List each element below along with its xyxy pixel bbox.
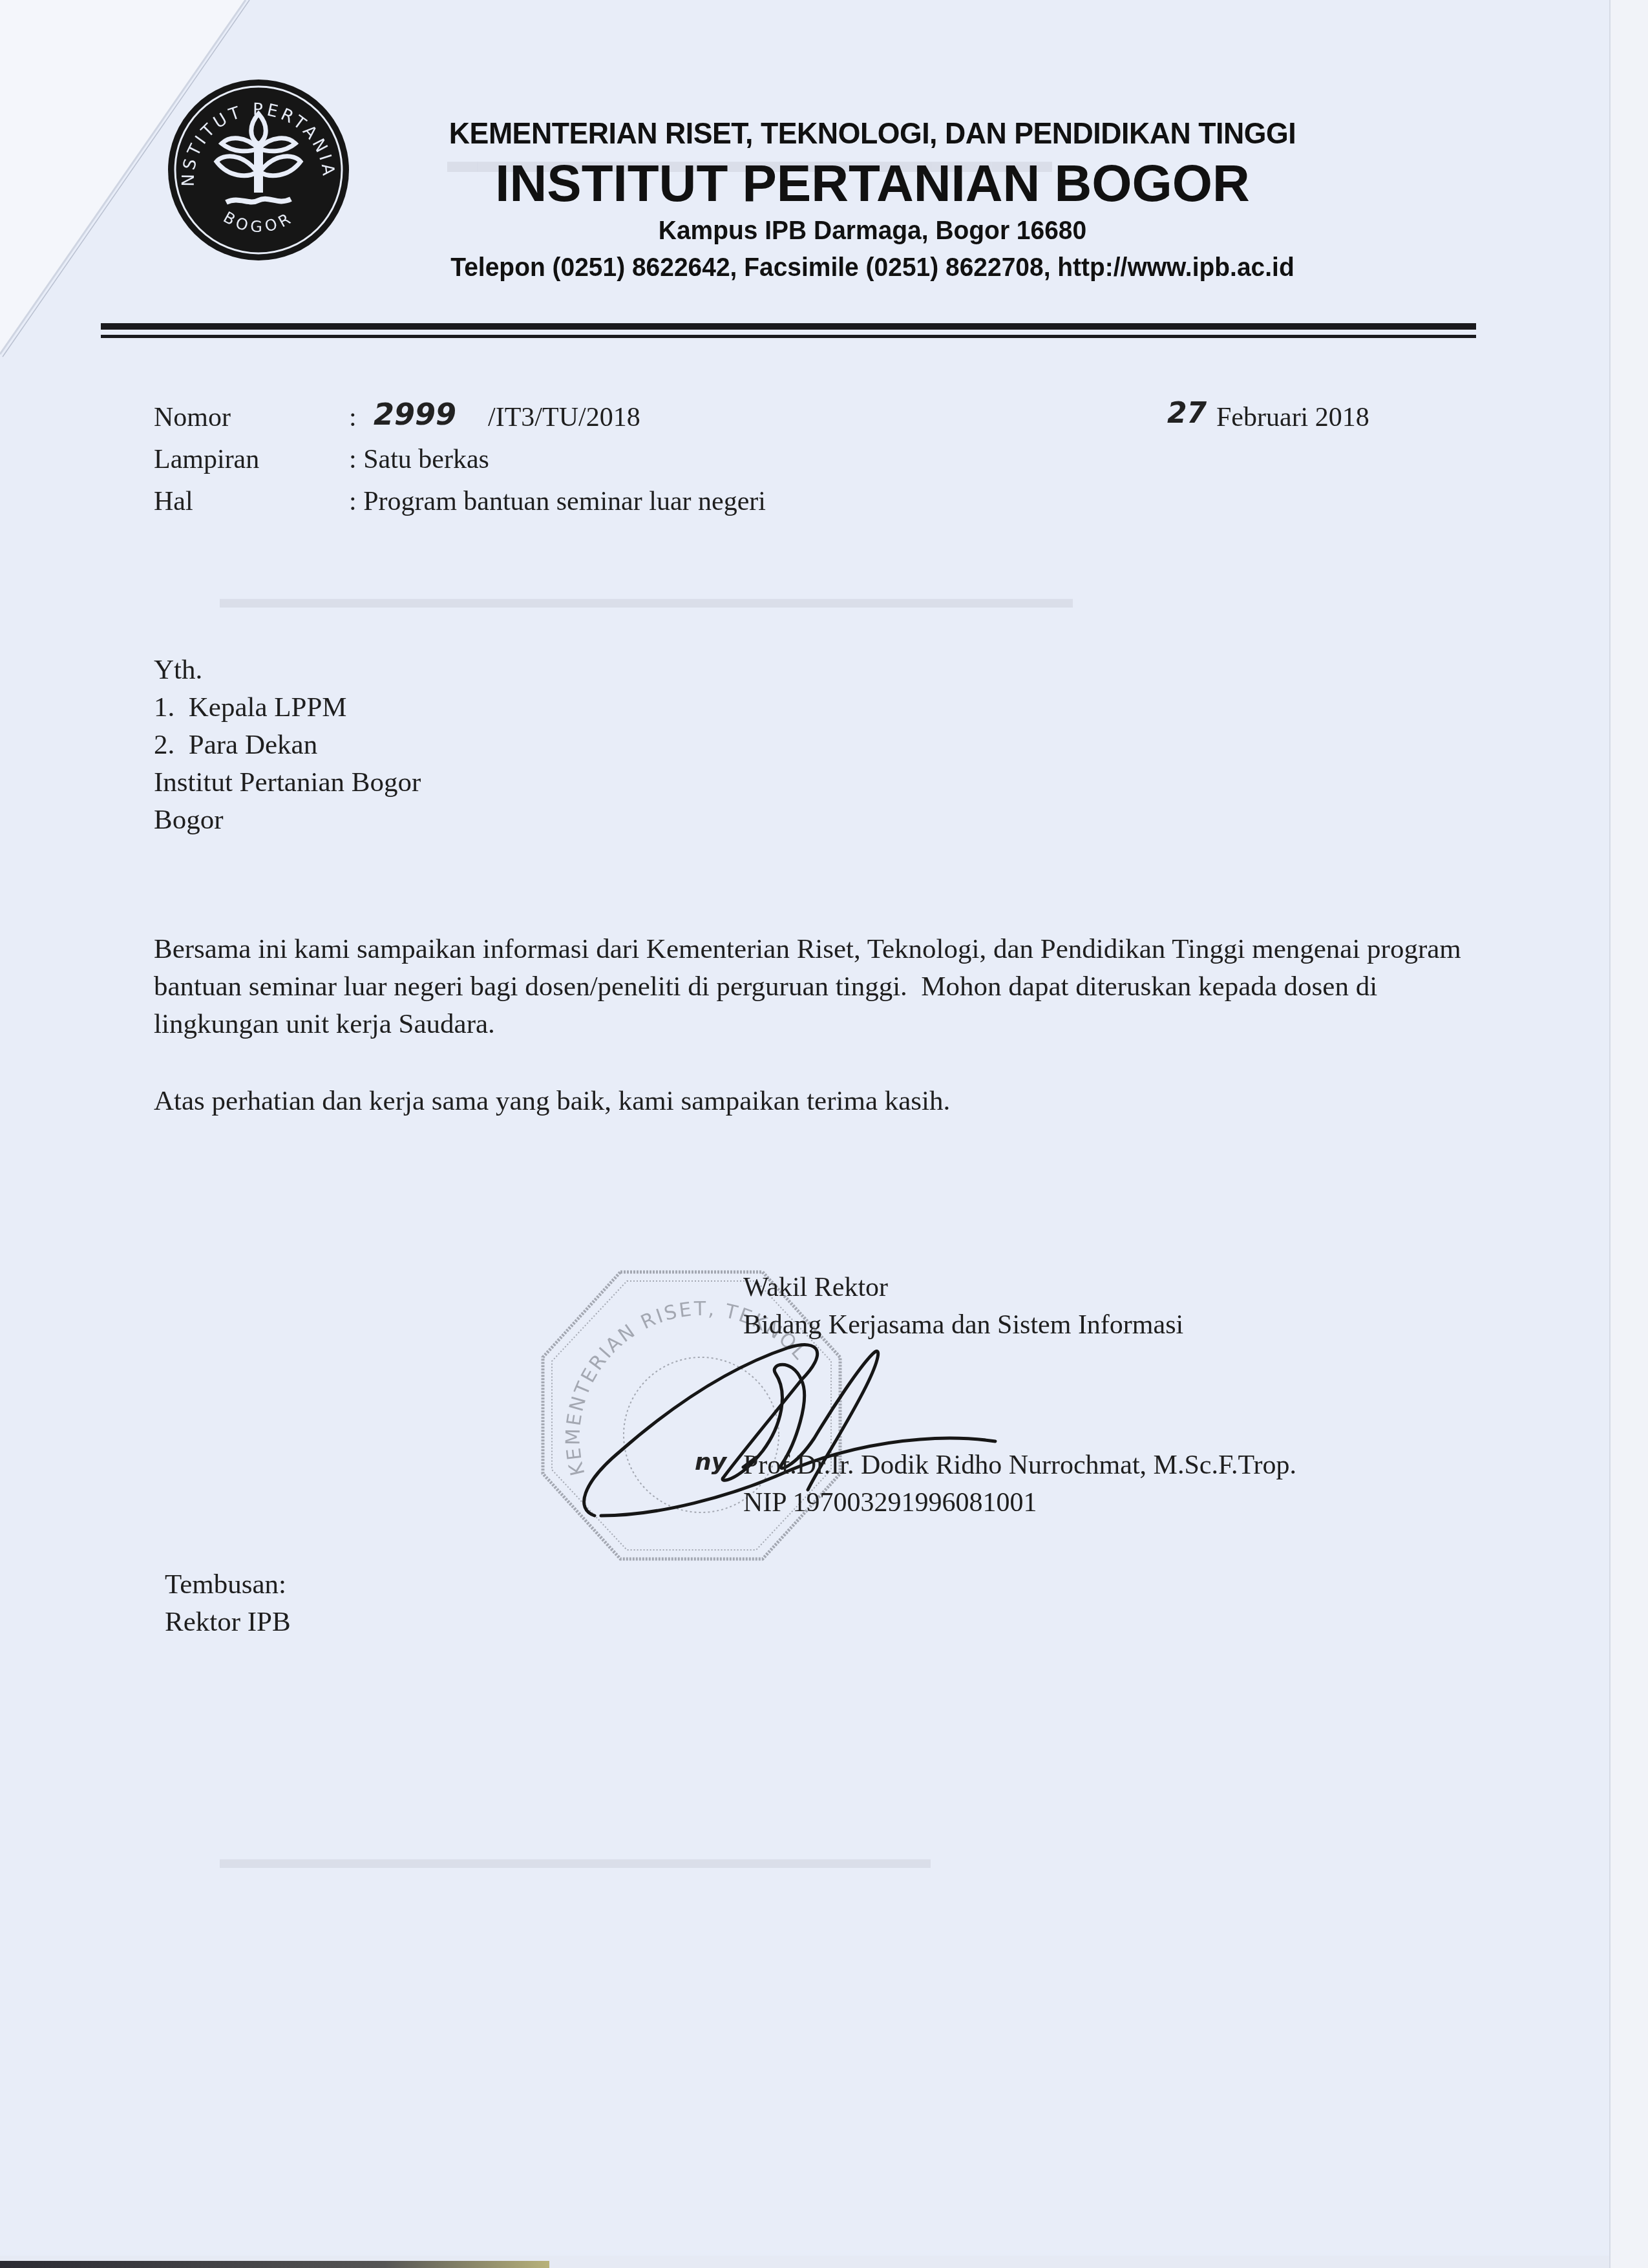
signatory-nip: NIP 197003291996081001 bbox=[743, 1487, 1037, 1518]
scanner-bottom-edge bbox=[0, 2261, 549, 2268]
hal-value: : Program bantuan seminar luar negeri bbox=[349, 488, 766, 515]
institution-contact: Telepon (0251) 8622642, Facsimile (0251)… bbox=[351, 252, 1395, 282]
lampiran-label: Lampiran bbox=[154, 446, 259, 473]
date-day-handwritten: 27 bbox=[1167, 399, 1207, 428]
nomor-number-handwritten: 2999 bbox=[374, 399, 456, 429]
paraf-initials-handwritten: ny bbox=[695, 1451, 726, 1474]
letterhead-rule-thin bbox=[101, 335, 1476, 338]
cc-label: Tembusan: bbox=[165, 1571, 286, 1598]
salutation: Yth. bbox=[154, 656, 202, 684]
ministry-name: KEMENTERIAN RISET, TEKNOLOGI, DAN PENDID… bbox=[351, 115, 1395, 151]
cc-item: Rektor IPB bbox=[165, 1608, 291, 1636]
letter-date: Februari 2018 bbox=[1216, 404, 1369, 431]
signatory-name: Prof.Dr.Ir. Dodik Ridho Nurrochmat, M.Sc… bbox=[743, 1450, 1296, 1481]
nomor-suffix: /IT3/TU/2018 bbox=[488, 404, 640, 431]
recipient-item: 1. Kepala LPPM bbox=[154, 694, 347, 721]
recipient-city: Bogor bbox=[154, 806, 224, 834]
recipient-item: 2. Para Dekan bbox=[154, 731, 317, 759]
lampiran-value: : Satu berkas bbox=[349, 446, 489, 473]
nomor-label: Nomor bbox=[154, 404, 231, 431]
scanner-bed-edge bbox=[1609, 0, 1648, 2268]
institution-name: INSTITUT PERTANIAN BOGOR bbox=[323, 154, 1422, 213]
signatory-title: Wakil Rektor bbox=[743, 1272, 888, 1303]
closing-paragraph: Atas perhatian dan kerja sama yang baik,… bbox=[154, 1083, 1479, 1120]
hal-label: Hal bbox=[154, 488, 193, 515]
institution-address: Kampus IPB Darmaga, Bogor 16680 bbox=[351, 215, 1395, 246]
body-paragraph: Bersama ini kami sampaikan informasi dar… bbox=[154, 931, 1479, 1043]
nomor-colon: : bbox=[349, 404, 357, 431]
letterhead-rule-thick bbox=[101, 323, 1476, 330]
recipient-organization: Institut Pertanian Bogor bbox=[154, 768, 421, 796]
